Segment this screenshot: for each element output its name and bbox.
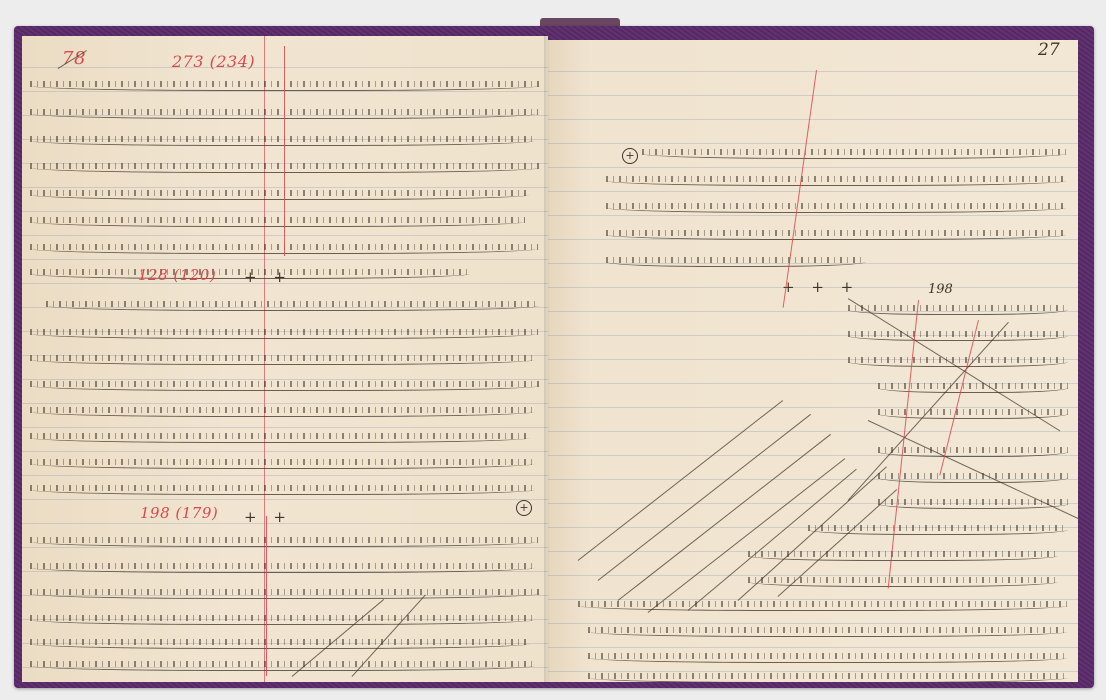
handwritten-line xyxy=(606,173,1066,186)
book-gutter xyxy=(544,34,554,684)
handwritten-line xyxy=(46,298,540,311)
circled-insertion-mark: + xyxy=(622,148,638,164)
handwritten-line xyxy=(30,586,540,599)
red-correction-stroke xyxy=(266,516,267,676)
handwritten-line xyxy=(588,670,1068,682)
handwritten-line xyxy=(848,302,1068,315)
red-correction-stroke xyxy=(284,46,285,256)
handwritten-line xyxy=(848,328,1068,341)
handwritten-line xyxy=(30,636,530,649)
right-page: 27 + + + + 198 xyxy=(548,40,1078,682)
handwritten-line xyxy=(30,560,535,573)
handwritten-line xyxy=(606,254,866,267)
handwritten-line xyxy=(30,187,530,200)
handwritten-line xyxy=(30,430,530,443)
handwritten-line xyxy=(30,658,535,671)
handwritten-line xyxy=(30,352,535,365)
left-page: 78 273 (234) 128 (120) + + + 198 (179) +… xyxy=(22,36,548,682)
handwritten-line xyxy=(578,598,1068,611)
handwritten-line xyxy=(878,470,1068,483)
handwritten-line xyxy=(878,380,1068,393)
handwritten-line xyxy=(30,534,538,547)
handwritten-line xyxy=(30,326,538,339)
circled-insertion-mark: + xyxy=(516,500,532,516)
handwritten-line xyxy=(808,522,1068,535)
handwritten-line xyxy=(878,496,1068,509)
handwritten-line xyxy=(606,200,1066,213)
separator-marker: + + + xyxy=(782,278,859,296)
handwritten-line xyxy=(878,444,1068,457)
handwritten-line xyxy=(642,146,1066,159)
handwritten-line xyxy=(748,574,1058,587)
section-number: 198 xyxy=(928,282,953,297)
handwritten-line xyxy=(588,650,1068,663)
handwritten-line xyxy=(30,404,535,417)
separator-marker: + + xyxy=(244,268,292,286)
handwritten-line xyxy=(30,378,540,391)
handwritten-line xyxy=(30,482,535,495)
handwritten-line xyxy=(748,548,1058,561)
folio-number-right: 27 xyxy=(1038,40,1060,60)
handwritten-line xyxy=(606,227,1066,240)
separator-marker: + + xyxy=(244,508,292,526)
section-number: 128 (120) xyxy=(138,266,216,284)
handwritten-line xyxy=(848,354,1068,367)
section-number: 273 (234) xyxy=(172,52,255,71)
handwritten-line xyxy=(30,133,535,146)
handwritten-line xyxy=(30,214,525,227)
handwritten-line xyxy=(588,624,1068,637)
handwritten-line xyxy=(30,456,535,469)
handwritten-line xyxy=(30,612,535,625)
section-number: 198 (179) xyxy=(140,504,218,522)
